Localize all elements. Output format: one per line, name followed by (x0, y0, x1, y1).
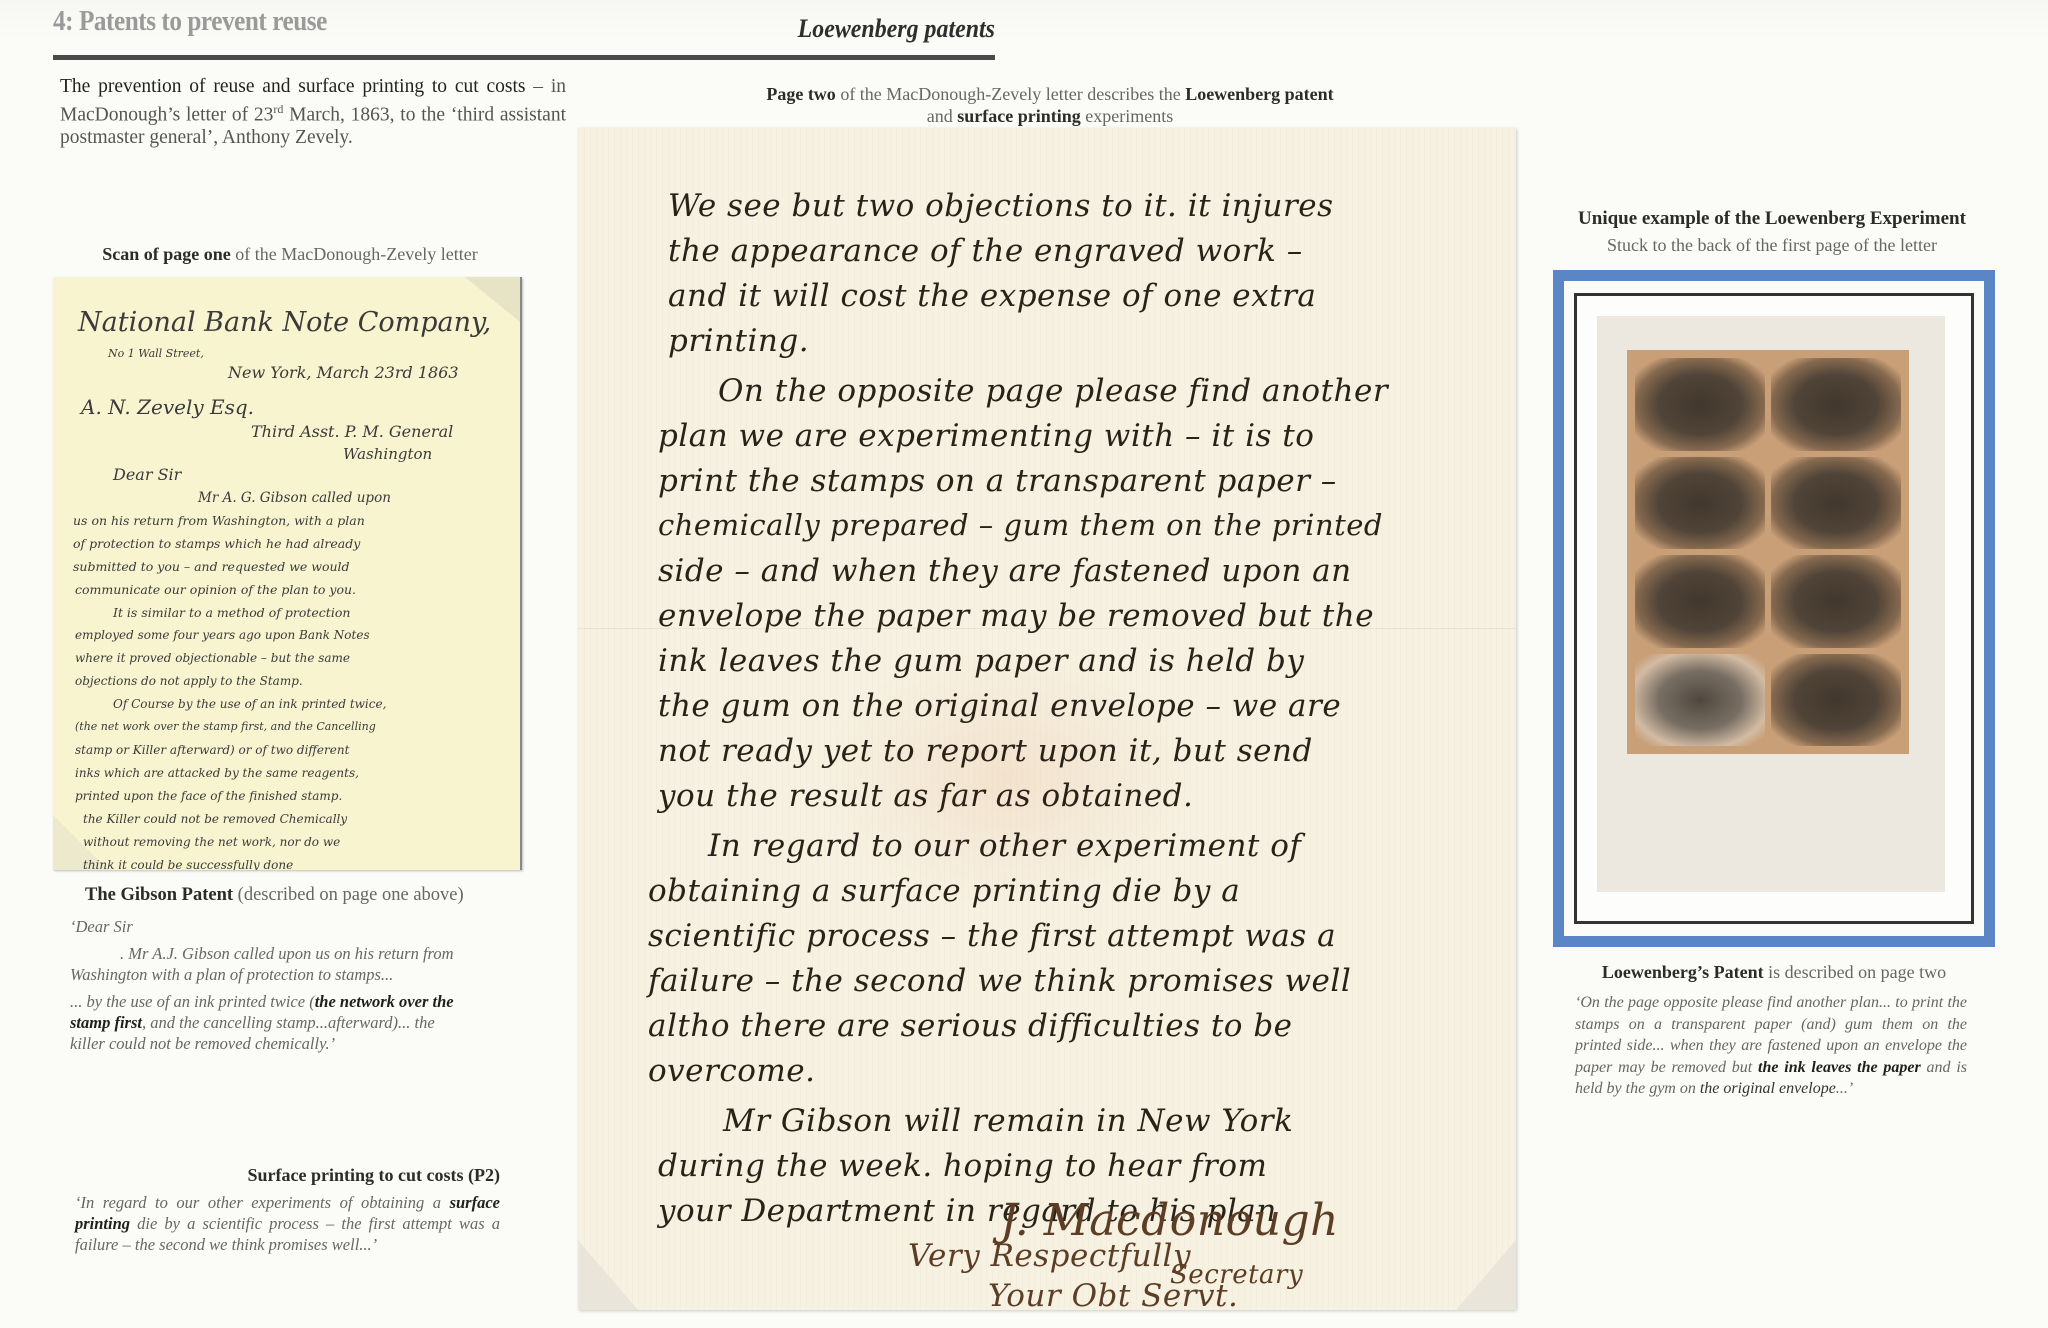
letter-line: failure – the second we think promises w… (648, 963, 1351, 999)
stamp-impression (1771, 457, 1901, 550)
photo-corner (578, 1240, 638, 1310)
letter-line: communicate our opinion of the plan to y… (75, 582, 356, 597)
letter-line: In regard to our other experiment of (708, 828, 1301, 864)
letter-line: objections do not apply to the Stamp. (75, 674, 303, 688)
quote-text: die by a scientific process – the first … (75, 1214, 500, 1254)
intro-paragraph: The prevention of reuse and surface prin… (60, 76, 566, 149)
letter-line: and it will cost the expense of one extr… (668, 278, 1316, 314)
letter-line: submitted to you – and requested we woul… (73, 559, 350, 574)
letter-line: of protection to stamps which he had alr… (73, 536, 360, 551)
addressee-city: Washington (343, 445, 432, 463)
addressee: A. N. Zevely Esq. (81, 395, 254, 419)
letter-line: On the opposite page please find another (718, 373, 1388, 409)
letter-line: during the week. hoping to hear from (658, 1148, 1267, 1184)
letter-line: print the stamps on a transparent paper … (658, 463, 1337, 499)
letter-line: We see but two objections to it. it inju… (668, 188, 1334, 224)
letterhead-address: No 1 Wall Street, (108, 347, 204, 360)
experiment-mount-frame (1553, 270, 1995, 947)
caption-text: and (927, 106, 958, 126)
addressee-title: Third Asst. P. M. General (251, 422, 453, 441)
letter-line: the Killer could not be removed Chemical… (83, 812, 347, 826)
stamp-impression (1635, 358, 1765, 451)
mount-rule (1574, 293, 1974, 924)
caption-bold: Loewenberg patent (1185, 84, 1333, 104)
signature-title: Secretary (1170, 1260, 1303, 1290)
page-one-caption-bold: Scan of page one (102, 244, 231, 264)
header-divider (53, 55, 995, 60)
letter-line: (the net work over the stamp first, and … (75, 720, 376, 733)
letter-line: employed some four years ago upon Bank N… (75, 628, 370, 642)
letter-line: not ready yet to report upon it, but sen… (658, 733, 1313, 769)
letter-line: inks which are attacked by the same reag… (75, 766, 359, 780)
letter-line: think it could be successfully done (83, 858, 293, 870)
quote-text: ‘In regard to our other experiments of o… (75, 1193, 450, 1212)
letter-line: Mr Gibson will remain in New York (723, 1103, 1293, 1139)
loewenberg-stamp-block (1627, 350, 1909, 754)
intro-sup: rd (273, 102, 283, 116)
letter-line: printing. (668, 323, 809, 359)
stamp-impression (1771, 555, 1901, 648)
gibson-quote-line: . Mr A.J. Gibson called upon us on his r… (70, 943, 460, 985)
quote-text: ... by the use of an ink printed twice ( (70, 992, 315, 1011)
signature: J. Macdonough (1000, 1195, 1339, 1246)
experiment-subheading: Stuck to the back of the first page of t… (1498, 235, 2046, 256)
photo-corner (1456, 1240, 1516, 1310)
stamp-impression (1635, 555, 1765, 648)
envelope-fragment (1597, 316, 1945, 892)
letter-line: printed upon the face of the finished st… (75, 789, 342, 803)
letter-line: It is similar to a method of protection (113, 605, 350, 620)
stamp-impression (1771, 358, 1901, 451)
heading-rest: is described on page two (1764, 962, 1946, 982)
intro-lead: The prevention of reuse and surface prin… (60, 76, 525, 97)
letter-line: obtaining a surface printing die by a (648, 873, 1240, 909)
page-one-letter-scan: National Bank Note Company, No 1 Wall St… (53, 277, 522, 870)
stamp-impression (1635, 654, 1765, 747)
experiment-heading: Unique example of the Loewenberg Experim… (1498, 208, 2046, 230)
page-two-caption: Page two of the MacDonough-Zevely letter… (580, 83, 1520, 127)
gibson-patent-heading: The Gibson Patent (described on page one… (85, 885, 464, 906)
caption-text: experiments (1081, 106, 1173, 126)
letter-line: scientific process – the first attempt w… (648, 918, 1336, 954)
quote-emphasis: the ink leaves the paper (1758, 1059, 1921, 1076)
salutation: Dear Sir (113, 465, 181, 484)
letter-line: without removing the net work, nor do we (83, 835, 340, 849)
page-one-caption-rest: of the MacDonough-Zevely letter (231, 244, 478, 264)
heading-bold: Loewenberg’s Patent (1602, 962, 1764, 982)
letter-line: us on his return from Washington, with a… (73, 513, 365, 528)
letter-line: the gum on the original envelope – we ar… (658, 688, 1341, 724)
letter-date: New York, March 23rd 1863 (228, 363, 459, 382)
letter-line: overcome. (648, 1053, 815, 1089)
caption-bold: Page two (766, 84, 835, 104)
caption-bold: surface printing (957, 106, 1081, 126)
quote-emphasis: the original envelope (1700, 1080, 1836, 1097)
page-two-letter-scan: We see but two objections to it. it inju… (578, 128, 1516, 1310)
letter-line: the appearance of the engraved work – (668, 233, 1303, 269)
gibson-quote-line: ‘Dear Sir (70, 916, 460, 937)
surface-printing-quote: ‘In regard to our other experiments of o… (75, 1192, 500, 1255)
section-title: 4: Patents to prevent reuse (53, 6, 327, 38)
stamp-impression (1635, 457, 1765, 550)
gibson-heading-bold: The Gibson Patent (85, 885, 233, 905)
loewenberg-quote: ‘On the page opposite please find anothe… (1575, 992, 1967, 1100)
gibson-heading-rest: (described on page one above) (233, 885, 464, 905)
letter-line: chemically prepared – gum them on the pr… (658, 508, 1383, 542)
gibson-quote: ‘Dear Sir . Mr A.J. Gibson called upon u… (70, 916, 460, 1060)
letterhead: National Bank Note Company, (78, 307, 491, 338)
letter-line: envelope the paper may be removed but th… (658, 598, 1374, 634)
page-title: Loewenberg patents (687, 14, 995, 44)
surface-printing-heading: Surface printing to cut costs (P2) (120, 1165, 500, 1186)
stamp-impression (1771, 654, 1901, 747)
letter-line: Mr A. G. Gibson called upon (198, 490, 391, 506)
loewenberg-patent-heading: Loewenberg’s Patent is described on page… (1553, 962, 1995, 983)
letter-line: ink leaves the gum paper and is held by (658, 643, 1304, 679)
letter-line: stamp or Killer afterward) or of two dif… (75, 743, 349, 757)
letter-line: you the result as far as obtained. (658, 778, 1193, 814)
letter-line: plan we are experimenting with – it is t… (658, 418, 1314, 454)
gibson-quote-line: ... by the use of an ink printed twice (… (70, 991, 460, 1054)
page-one-caption: Scan of page one of the MacDonough-Zevel… (60, 244, 520, 265)
mount-inner (1564, 281, 1984, 936)
letter-line: altho there are serious difficulties to … (648, 1008, 1293, 1044)
letter-line: where it proved objectionable – but the … (75, 651, 350, 665)
letter-line: Of Course by the use of an ink printed t… (113, 697, 386, 711)
caption-text: of the MacDonough-Zevely letter describe… (836, 84, 1185, 104)
letter-line: side – and when they are fastened upon a… (658, 553, 1352, 589)
quote-text: ...’ (1836, 1080, 1853, 1097)
